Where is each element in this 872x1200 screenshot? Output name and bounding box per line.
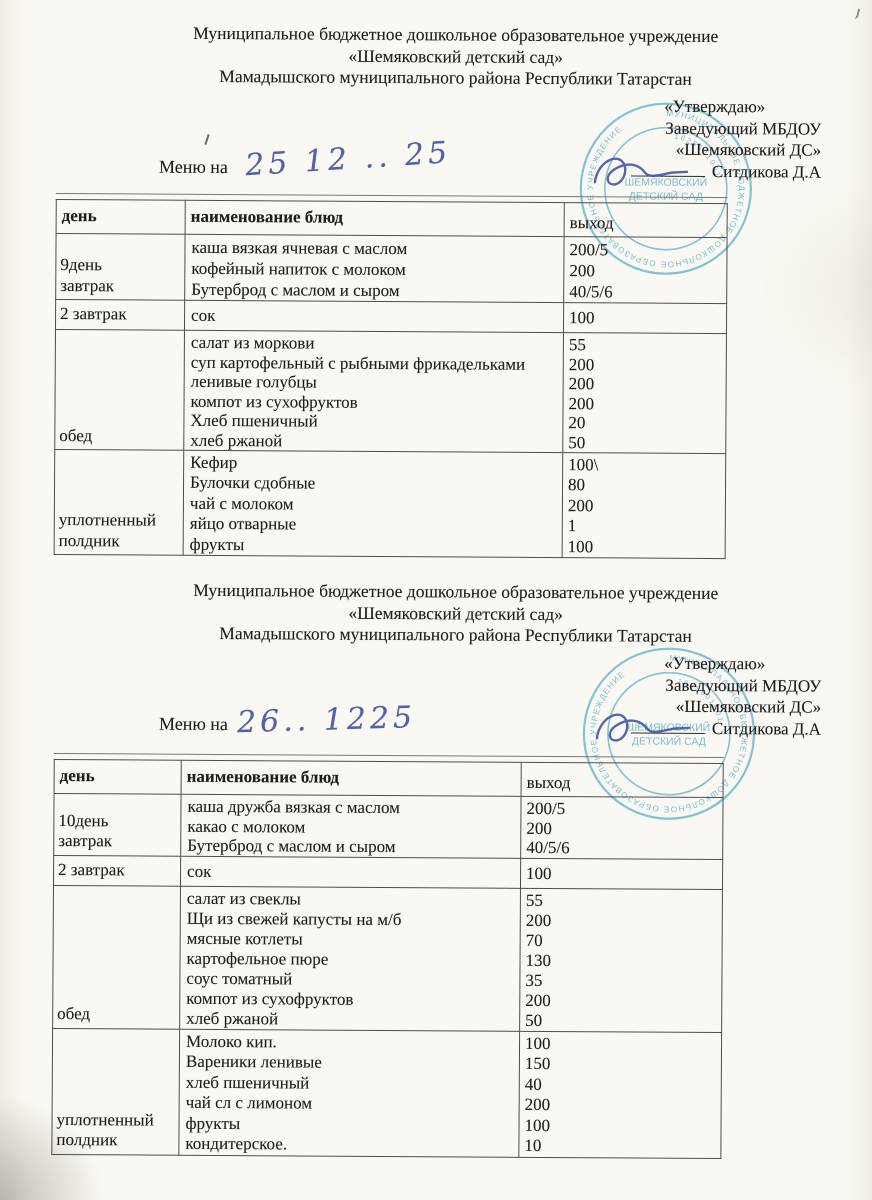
- header-day: день: [55, 760, 181, 787]
- handwritten-date: 26.. 1225: [237, 700, 417, 740]
- dishes-cell: каша дружба вязкая с маслом какао с моло…: [181, 795, 520, 858]
- dishes-cell: сок: [181, 857, 520, 886]
- header-out: выход: [570, 213, 614, 233]
- org-line-3: Мамадышского муниципального района Респу…: [85, 65, 825, 91]
- menu-label: Меню на: [159, 157, 228, 177]
- header-day: день: [57, 200, 185, 227]
- handwritten-signature: [587, 148, 697, 197]
- org-header: Муниципальное бюджетное дошкольное образ…: [85, 22, 825, 91]
- menu-block-2: Муниципальное бюджетное дошкольное образ…: [0, 557, 872, 1200]
- approve-line-1: «Утверждаю»: [631, 95, 765, 117]
- portion-cell: 200/5 200 40/5/6: [564, 237, 726, 303]
- portion-cell: 55 200 70 130 35 200 50: [520, 889, 722, 1032]
- dishes-cell: сок: [185, 301, 563, 330]
- table-row-breakfast: 10день завтрак каша дружба вязкая с масл…: [54, 793, 723, 859]
- approve-line-2: Заведующий МБДОУ: [631, 674, 821, 697]
- day-cell: 9день завтрак: [60, 255, 114, 296]
- day-cell: уплотненный полдник: [59, 510, 156, 552]
- portion-cell: 100 150 40 200 100 10: [519, 1032, 721, 1158]
- table-row-lunch: обед салат из свеклы Щи из свежей капуст…: [53, 885, 723, 1032]
- dishes-cell: Кефир Булочки сдобные чай с молоком яйцо…: [184, 451, 563, 557]
- director-name: Ситдикова Д.А: [712, 161, 821, 181]
- handwritten-date: 25 12 .. 25: [244, 135, 452, 183]
- day-cell: 2 завтрак: [54, 856, 180, 881]
- day-cell: 2 завтрак: [56, 300, 184, 325]
- portion-cell: 55 200 200 200 20 50: [563, 333, 726, 453]
- portion-cell: 100: [564, 303, 726, 331]
- menu-table: день наименование блюд выход 10день завт…: [51, 759, 723, 1159]
- day-cell: 10день завтрак: [58, 811, 112, 852]
- header-dishes: наименование блюд: [182, 761, 521, 789]
- scanned-menu-document: Муниципальное бюджетное дошкольное образ…: [0, 0, 872, 1200]
- day-cell: обед: [59, 426, 92, 447]
- table-header-row: день наименование блюд выход: [54, 759, 723, 797]
- header-out: выход: [527, 773, 571, 793]
- menu-date-line: Меню на 26.. 1225: [159, 714, 228, 735]
- dishes-cell: каша вязкая ячневая с маслом кофейный на…: [185, 235, 563, 302]
- director-name: Ситдикова Д.А: [712, 718, 821, 738]
- org-header: Муниципальное бюджетное дошкольное образ…: [85, 579, 825, 648]
- approve-line-1: «Утверждаю»: [631, 652, 765, 674]
- table-header-row: день наименование блюд выход: [56, 199, 727, 237]
- day-cell: уплотненный полдник: [56, 1110, 153, 1152]
- table-row-snack: уплотненный полдник Молоко кип. Вареники…: [52, 1028, 722, 1158]
- table-row-second-breakfast: 2 завтрак сок 100: [53, 855, 722, 889]
- portion-cell: 100: [521, 859, 722, 887]
- table-row-lunch: обед салат из моркови суп картофельный с…: [55, 329, 727, 453]
- menu-date-line: Меню на 25 12 .. 25: [159, 157, 228, 178]
- table-row-second-breakfast: 2 завтрак сок 100: [55, 299, 726, 333]
- menu-label: Меню на: [159, 714, 228, 734]
- day-cell: обед: [57, 1004, 90, 1025]
- header-dishes: наименование блюд: [186, 201, 564, 229]
- table-row-breakfast: 9день завтрак каша вязкая ячневая с масл…: [56, 233, 727, 303]
- org-line-1: Муниципальное бюджетное дошкольное образ…: [86, 579, 826, 605]
- org-line-1: Муниципальное бюджетное дошкольное образ…: [86, 22, 826, 48]
- portion-cell: 200/5 200 40/5/6: [521, 797, 722, 859]
- handwritten-signature: [589, 704, 699, 753]
- approve-line-2: Заведующий МБДОУ: [631, 117, 821, 140]
- menu-block-1: Муниципальное бюджетное дошкольное образ…: [0, 0, 872, 562]
- menu-table: день наименование блюд выход 9день завтр…: [54, 199, 728, 559]
- dishes-cell: салат из свеклы Щи из свежей капусты на …: [180, 887, 520, 1031]
- table-row-snack: уплотненный полдник Кефир Булочки сдобны…: [54, 449, 726, 558]
- dishes-cell: Молоко кип. Вареники ленивые хлеб пшенич…: [179, 1030, 519, 1157]
- portion-cell: 100\ 80 200 1 100: [563, 453, 726, 558]
- dishes-cell: салат из моркови суп картофельный с рыбн…: [184, 331, 563, 452]
